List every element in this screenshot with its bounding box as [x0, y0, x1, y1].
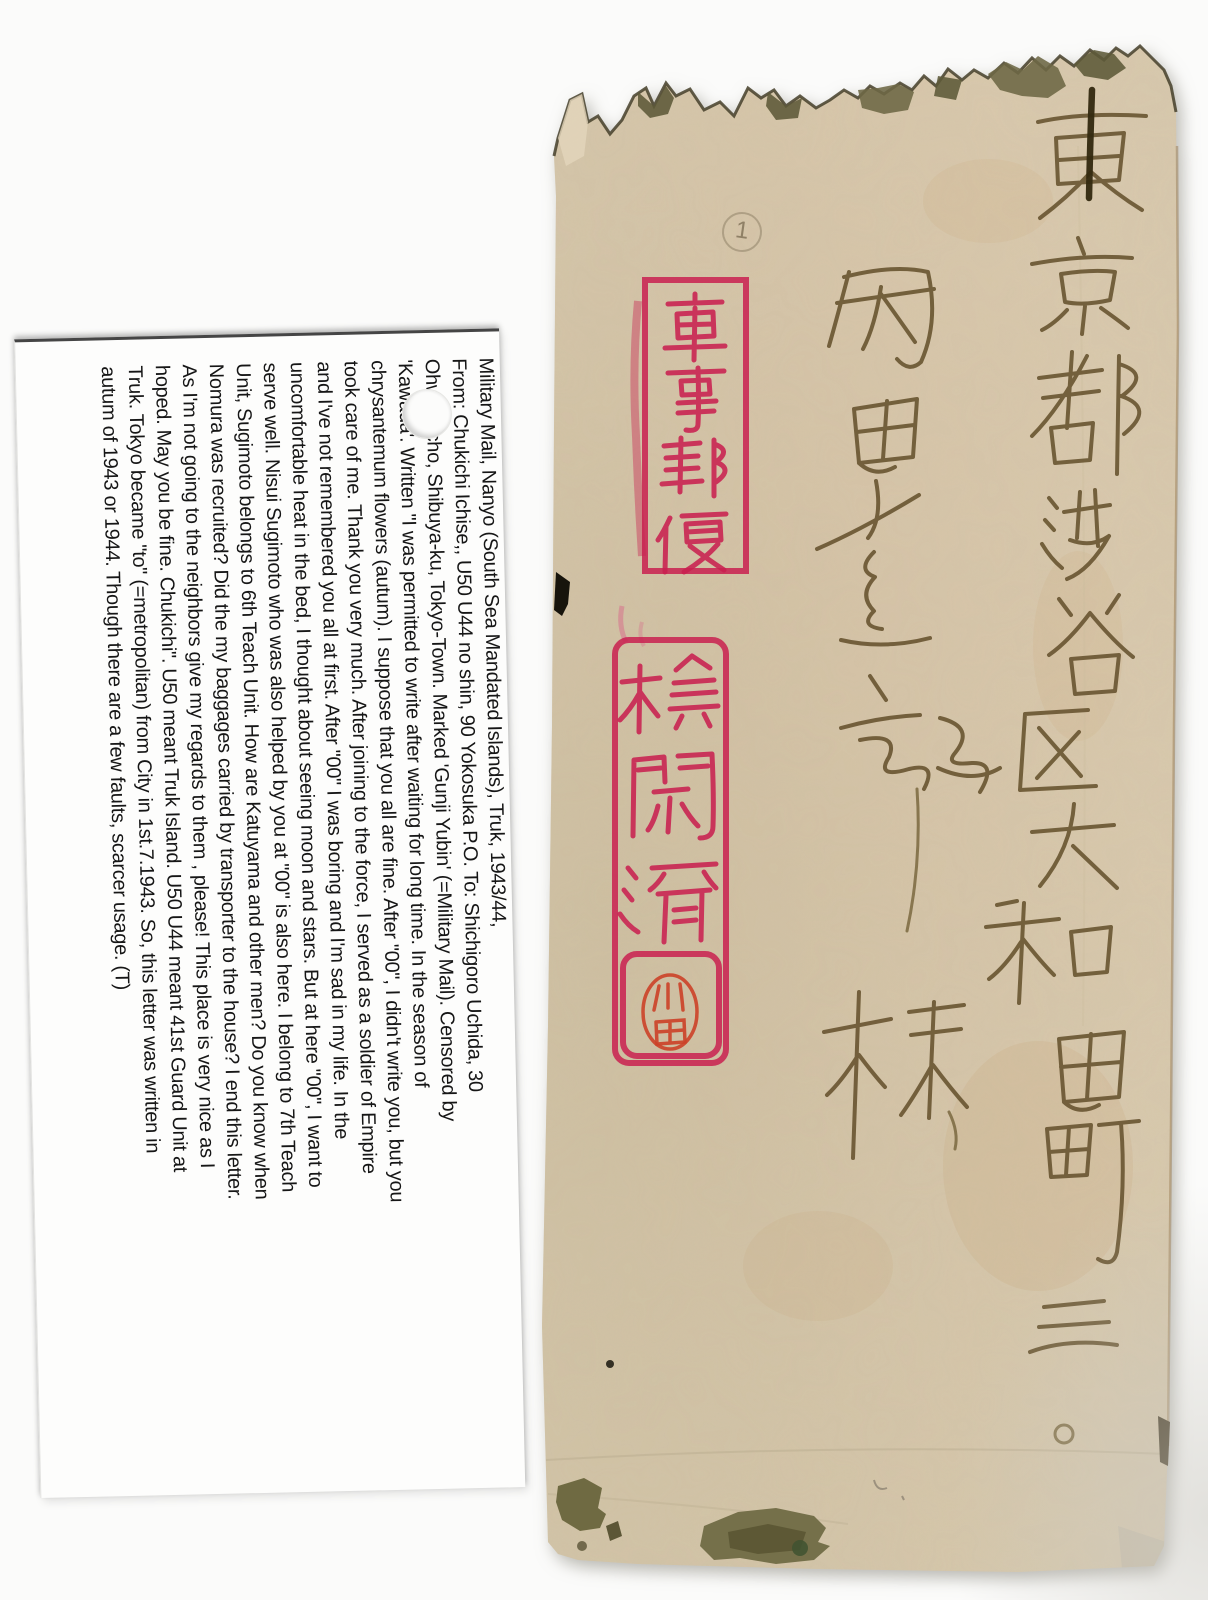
- description-text: Military Mail, Nanyo (South Sea Mandated…: [89, 357, 524, 1471]
- description-card: Military Mail, Nanyo (South Sea Mandated…: [14, 328, 525, 1498]
- envelope: [518, 26, 1186, 1578]
- scan-photo: Military Mail, Nanyo (South Sea Mandated…: [0, 0, 1208, 1600]
- envelope-art: [518, 26, 1186, 1578]
